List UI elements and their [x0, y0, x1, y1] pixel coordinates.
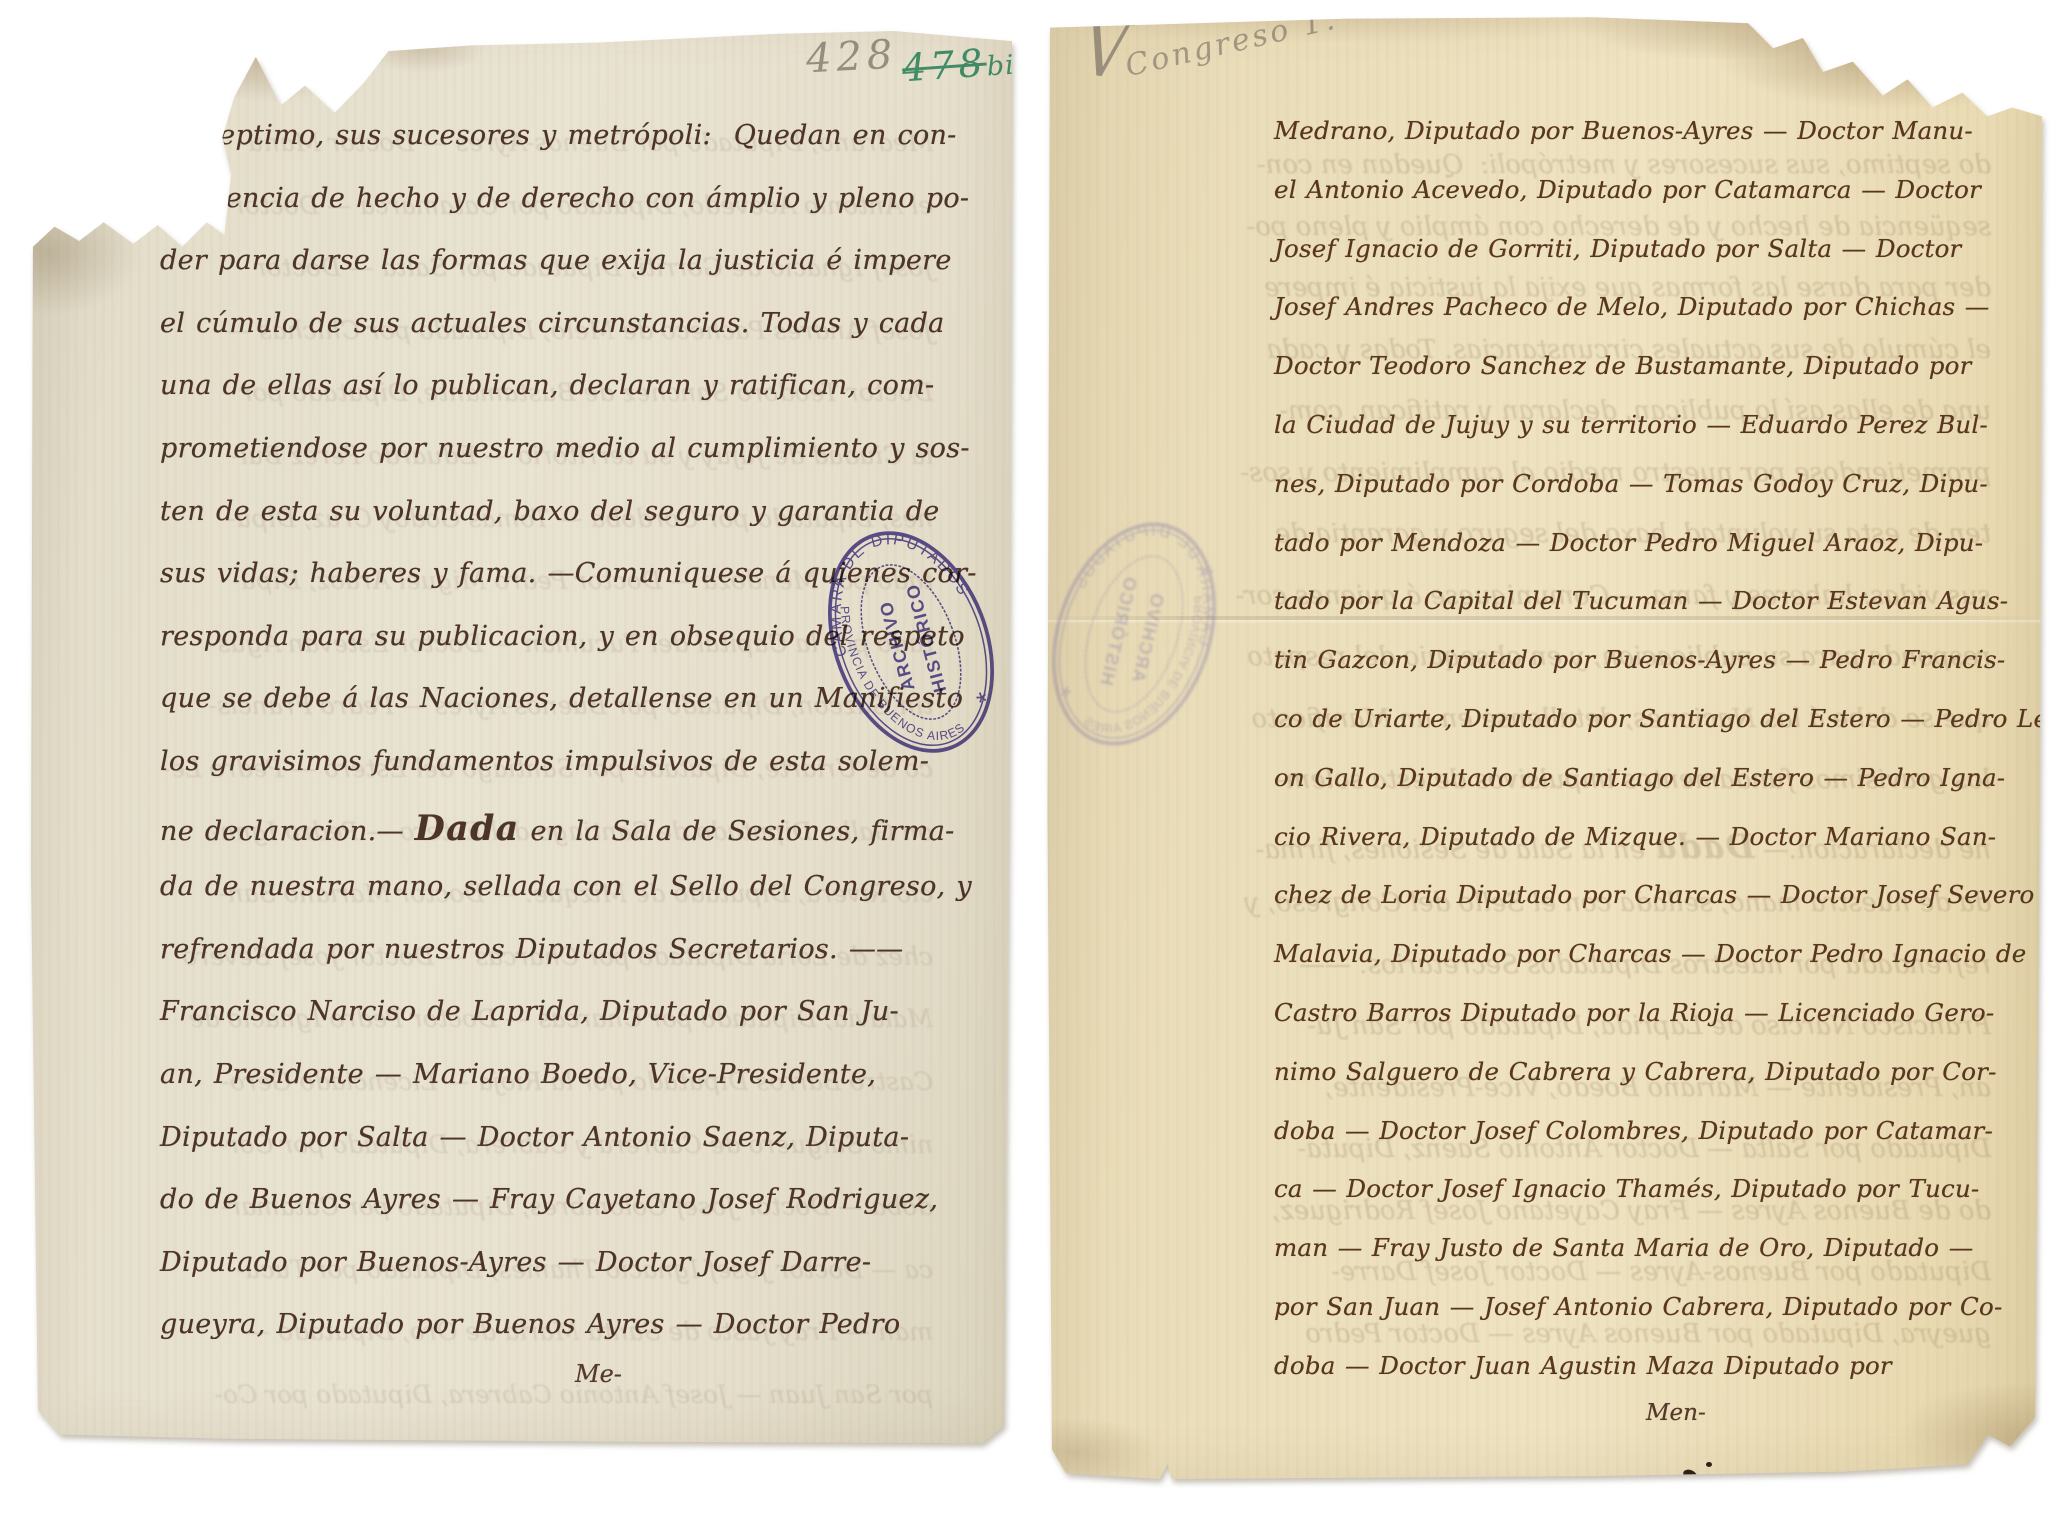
line-segment: Josef Ignacio de Gorriti, Diputado por S… [1274, 234, 1961, 263]
manuscript-line: tado por Mendoza — Doctor Pedro Miguel A… [1274, 528, 1990, 587]
manuscript-line: la Ciudad de Jujuy y su territorio — Edu… [1274, 410, 1990, 469]
line-segment: doba — Doctor Josef Colombres, Diputado … [1274, 1116, 1993, 1145]
manuscript-line: refrendada por nuestros Diputados Secret… [160, 934, 935, 997]
manuscript-line: Diputado por Salta — Doctor Antonio Saen… [160, 1122, 935, 1185]
stamp-outer-ring [1046, 503, 1242, 766]
line-segment: refrendada por nuestros Diputados Secret… [160, 934, 903, 965]
line-segment: cio Rivera, Diputado de Mizque. — Doctor… [1274, 822, 1996, 851]
stamp-center-word-1: ARCHIVO [1128, 590, 1168, 684]
manuscript-line: doba — Doctor Josef Colombres, Diputado … [1274, 1116, 1990, 1175]
line-segment: nimo Salguero de Cabrera y Cabrera, Dipu… [1274, 1057, 1997, 1086]
stamp-center-oval [1067, 543, 1202, 724]
emphasized-word: Dada [415, 809, 520, 849]
line-segment: por San Juan — Josef Antonio Cabrera, Di… [214, 1380, 933, 1409]
catchword-left: Me- [575, 1360, 622, 1388]
manuscript-page-right: do septimo, sus sucesores y metrópoli: Q… [1046, 4, 2042, 1482]
manuscript-line: responda para su publicacion, y en obseq… [160, 621, 935, 684]
manuscript-line: nes, Diputado por Cordoba — Tomas Godoy … [1274, 469, 1990, 528]
manuscript-line: Doctor Teodoro Sanchez de Bustamante, Di… [1274, 351, 1990, 410]
line-segment: tin Gazcon, Diputado por Buenos-Ayres — … [1274, 645, 2005, 674]
ink-speck [1706, 1462, 1712, 1467]
manuscript-line: doba — Doctor Juan Agustin Maza Diputado… [1274, 1351, 1990, 1410]
bleedthrough-line: por San Juan — Josef Antonio Cabrera, Di… [158, 1380, 933, 1443]
manuscript-line: do de Buenos Ayres — Fray Cayetano Josef… [160, 1184, 935, 1247]
manuscript-line: por San Juan — Josef Antonio Cabrera, Di… [1274, 1292, 1990, 1351]
manuscript-line: co de Uriarte, Diputado por Santiago del… [1274, 704, 1990, 763]
manuscript-line: Medrano, Diputado por Buenos-Ayres — Doc… [1274, 116, 1990, 175]
line-segment: Medrano, Diputado por Buenos-Ayres — Doc… [1274, 116, 1973, 145]
line-segment: Doctor Teodoro Sanchez de Bustamante, Di… [1274, 351, 1972, 380]
stamp-star-bottom-icon: * [1054, 679, 1075, 713]
line-segment: ca — Doctor Josef Ignacio Thamés, Diputa… [1274, 1174, 1979, 1203]
line-segment: la Ciudad de Jujuy y su territorio — Edu… [1274, 410, 1988, 439]
congress-label-pencil: Congreso 1. [1122, 4, 1341, 84]
line-segment: Malavia, Diputado por Charcas — Doctor P… [1274, 939, 2026, 968]
manuscript-text-left: do septimo, sus sucesores y metrópoli: Q… [160, 120, 935, 1372]
archive-stamp-graphic: CAMARA DE DIPUTADOS PROVINCIA DE BUENOS … [1046, 496, 1248, 771]
manuscript-line: chez de Loria Diputado por Charcas — Doc… [1274, 880, 1990, 939]
line-segment: nes, Diputado por Cordoba — Tomas Godoy … [1274, 469, 1988, 498]
line-segment: seqüencia de hecho y de derecho con ámpl… [160, 183, 969, 214]
line-segment: responda para su publicacion, y en obseq… [160, 621, 965, 652]
manuscript-page-left: Medrano, Diputado por Buenos-Ayres — Doc… [30, 8, 1012, 1446]
manuscript-line: seqüencia de hecho y de derecho con ámpl… [160, 183, 935, 246]
line-segment: una de ellas así lo publican, declaran y… [160, 370, 934, 401]
line-segment: ne declaracion.— [160, 816, 415, 847]
line-segment: el cúmulo de sus actuales circunstancias… [160, 308, 945, 339]
line-segment: doba — Doctor Juan Agustin Maza Diputado… [322, 1442, 933, 1446]
line-segment: Castro Barros Diputado por la Rioja — Li… [1274, 998, 1994, 1027]
paper-sheet-right: do septimo, sus sucesores y metrópoli: Q… [1046, 4, 2042, 1482]
manuscript-line: el Antonio Acevedo, Diputado por Catamar… [1274, 175, 1990, 234]
manuscript-line: tin Gazcon, Diputado por Buenos-Ayres — … [1274, 645, 1990, 704]
stamp-center-word-2: HISTÓRICO [1096, 574, 1142, 688]
archive-number-green-main: 478 [901, 41, 988, 91]
line-segment: gueyra, Diputado por Buenos Ayres — Doct… [160, 1309, 900, 1340]
manuscript-line: sus vidas; haberes y fama. —Comuniquese … [160, 558, 935, 621]
manuscript-text-right: Medrano, Diputado por Buenos-Ayres — Doc… [1274, 116, 1990, 1410]
stamp-star-bottom-icon: * [972, 685, 994, 719]
archive-number-green-suffix: bis [986, 49, 1012, 83]
manuscript-line: an, Presidente — Mariano Boedo, Vice-Pre… [160, 1059, 935, 1122]
line-segment: ten de esta su voluntad, baxo del seguro… [160, 496, 940, 527]
line-segment: Josef Andres Pacheco de Melo, Diputado p… [1274, 292, 1989, 321]
line-segment: el Antonio Acevedo, Diputado por Catamar… [1274, 175, 1981, 204]
line-segment: prometiendose por nuestro medio al cumpl… [160, 433, 970, 464]
manuscript-line: Castro Barros Diputado por la Rioja — Li… [1274, 998, 1990, 1057]
line-segment: doba — Doctor Juan Agustin Maza Diputado… [1274, 1351, 1892, 1380]
manuscript-line: prometiendose por nuestro medio al cumpl… [160, 433, 935, 496]
line-segment: por San Juan — Josef Antonio Cabrera, Di… [1274, 1292, 2002, 1321]
manuscript-line: gueyra, Diputado por Buenos Ayres — Doct… [160, 1309, 935, 1372]
manuscript-line: Diputado por Buenos-Ayres — Doctor Josef… [160, 1247, 935, 1310]
bleedthrough-line: doba — Doctor Juan Agustin Maza Diputado… [158, 1442, 933, 1446]
line-segment: man — Fray Justo de Santa Maria de Oro, … [1274, 1233, 1973, 1262]
archive-stamp-bleed: CAMARA DE DIPUTADOS PROVINCIA DE BUENOS … [1046, 496, 1248, 771]
stamp-inner-ring [1046, 510, 1235, 758]
manuscript-line: der para darse las formas que exija la j… [160, 245, 935, 308]
manuscript-line: da de nuestra mano, sellada con el Sello… [160, 871, 935, 934]
manuscript-line: el cúmulo de sus actuales circunstancias… [160, 308, 935, 371]
paper-sheet-left: Medrano, Diputado por Buenos-Ayres — Doc… [30, 8, 1012, 1446]
manuscript-line: man — Fray Justo de Santa Maria de Oro, … [1274, 1233, 1990, 1292]
manuscript-line: Josef Andres Pacheco de Melo, Diputado p… [1274, 292, 1990, 351]
line-segment: tado por la Capital del Tucuman — Doctor… [1274, 586, 2008, 615]
line-segment: Diputado por Salta — Doctor Antonio Saen… [160, 1122, 909, 1153]
manuscript-line: tado por la Capital del Tucuman — Doctor… [1274, 586, 1990, 645]
line-segment: Diputado por Buenos-Ayres — Doctor Josef… [160, 1247, 871, 1278]
manuscript-line: ten de esta su voluntad, baxo del seguro… [160, 496, 935, 559]
line-segment: Francisco Narciso de Laprida, Diputado p… [160, 996, 899, 1027]
ink-speck [1682, 1468, 1698, 1481]
scan-background: Medrano, Diputado por Buenos-Ayres — Doc… [0, 0, 2065, 1520]
manuscript-line: que se debe á las Naciones, detallense e… [160, 683, 935, 746]
catchword-right: Men- [1646, 1400, 1706, 1426]
manuscript-line: cio Rivera, Diputado de Mizque. — Doctor… [1274, 822, 1990, 881]
archive-number-green: 478bis [901, 38, 1012, 91]
line-segment: der para darse las formas que exija la j… [160, 245, 952, 276]
line-segment: da de nuestra mano, sellada con el Sello… [160, 871, 972, 902]
stamp-ring-bottom-text: PROVINCIA DE BUENOS AIRES [1079, 571, 1214, 756]
line-segment: co de Uriarte, Diputado por Santiago del… [1274, 704, 2042, 733]
line-segment: en la Sala de Sesiones, firma- [520, 816, 955, 847]
manuscript-line: Francisco Narciso de Laprida, Diputado p… [160, 996, 935, 1059]
line-segment: chez de Loria Diputado por Charcas — Doc… [1274, 880, 2035, 909]
manuscript-line: Malavia, Diputado por Charcas — Doctor P… [1274, 939, 1990, 998]
manuscript-line: ca — Doctor Josef Ignacio Thamés, Diputa… [1274, 1174, 1990, 1233]
manuscript-line: do septimo, sus sucesores y metrópoli: Q… [160, 120, 935, 183]
manuscript-line: ne declaracion.— Dada en la Sala de Sesi… [160, 809, 935, 872]
line-segment: tado por Mendoza — Doctor Pedro Miguel A… [1274, 528, 1983, 557]
line-segment: los gravisimos fundamentos impulsivos de… [160, 746, 929, 777]
line-segment: on Gallo, Diputado de Santiago del Ester… [1274, 763, 2005, 792]
manuscript-line: nimo Salguero de Cabrera y Cabrera, Dipu… [1274, 1057, 1990, 1116]
manuscript-line: on Gallo, Diputado de Santiago del Ester… [1274, 763, 1990, 822]
stamp-ring-top-text: CAMARA DE DIPUTADOS [1066, 501, 1245, 650]
line-segment: sus vidas; haberes y fama. —Comuniquese … [160, 558, 977, 589]
stamp-star-top-icon: * [1197, 559, 1218, 593]
line-segment: que se debe á las Naciones, detallense e… [160, 683, 963, 714]
manuscript-line: una de ellas así lo publican, declaran y… [160, 370, 935, 433]
manuscript-line: Josef Ignacio de Gorriti, Diputado por S… [1274, 234, 1990, 293]
line-segment: do septimo, sus sucesores y metrópoli: Q… [160, 120, 957, 151]
line-segment: an, Presidente — Mariano Boedo, Vice-Pre… [160, 1059, 876, 1090]
manuscript-line: los gravisimos fundamentos impulsivos de… [160, 746, 935, 809]
line-segment: do de Buenos Ayres — Fray Cayetano Josef… [160, 1184, 938, 1215]
archive-number-pencil: 428 [805, 32, 899, 83]
